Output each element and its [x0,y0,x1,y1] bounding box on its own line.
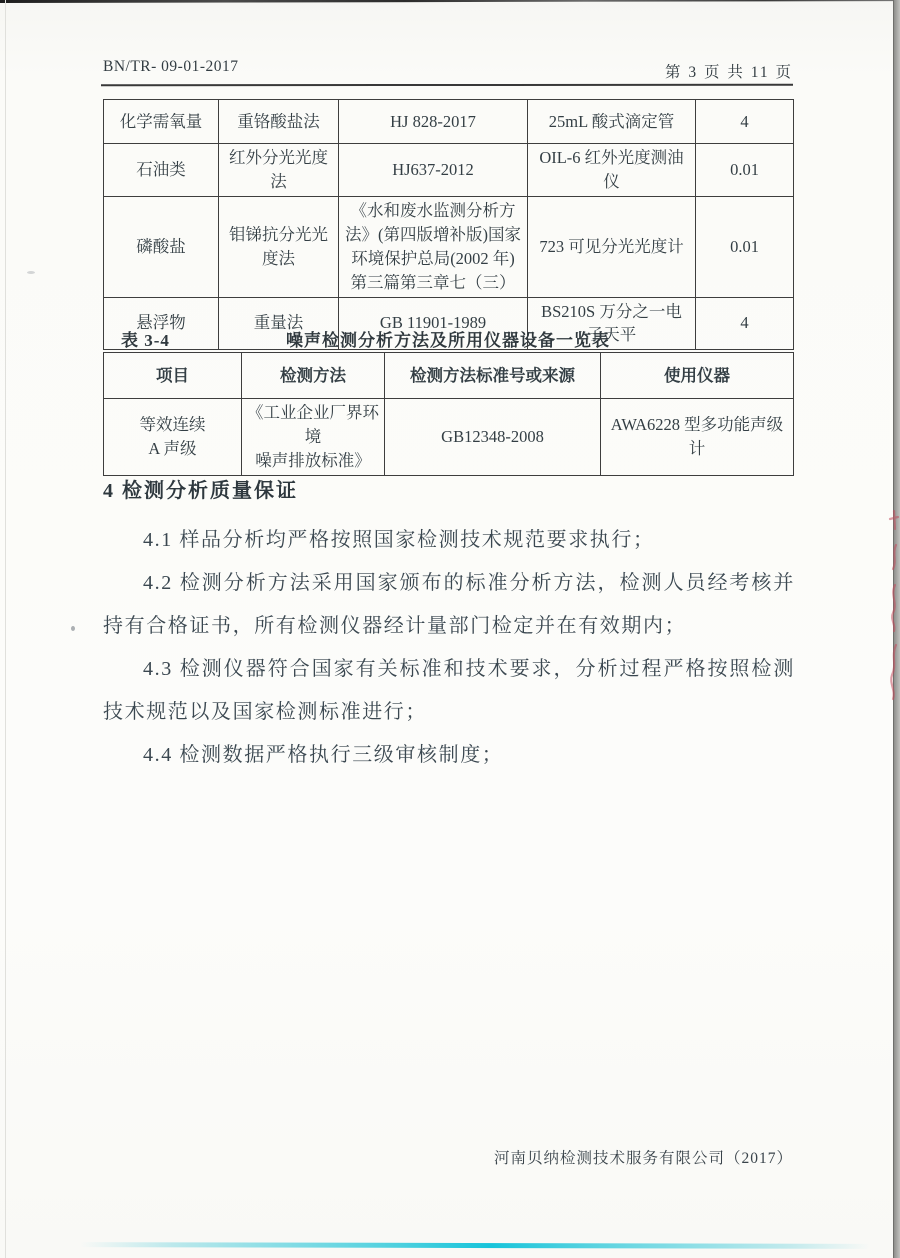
table-cell: AWA6228 型多功能声级计 [601,399,794,476]
scan-speck [27,271,35,274]
table-cell: 25mL 酸式滴定管 [528,100,696,144]
scan-edge-left [5,0,6,1258]
table-cell: HJ 828-2017 [339,100,528,144]
scanned-page: BN/TR- 09-01-2017 第 3 页 共 11 页 化学需氧量 重铬酸… [0,0,900,1258]
table-cell: 4 [696,100,794,144]
page-header: BN/TR- 09-01-2017 第 3 页 共 11 页 [103,58,793,82]
table-row: 磷酸盐 钼锑抗分光光度法 《水和废水监测分析方法》(第四版增补版)国家环境保护总… [104,196,794,297]
red-ink-marks [884,505,900,715]
table-cell: 磷酸盐 [104,196,219,297]
column-header: 使用仪器 [601,353,794,399]
table-cell: 0.01 [696,196,794,297]
table-caption-title: 噪声检测分析方法及所用仪器设备一览表 [103,326,793,351]
column-header: 检测方法 [242,353,385,399]
section-heading: 4 检测分析质量保证 [103,474,795,503]
table-cell: 重铬酸盐法 [219,100,339,144]
water-methods-table: 化学需氧量 重铬酸盐法 HJ 828-2017 25mL 酸式滴定管 4 石油类… [103,99,794,350]
table-cell: 石油类 [104,144,219,197]
header-rule [101,84,793,87]
table-cell: 723 可见分光光度计 [528,196,696,297]
paragraph-4-2: 4.2 检测分析方法采用国家颁布的标准分析方法，检测人员经考核并持有合格证书，所… [103,562,795,648]
table-cell: 《工业企业厂界环境 噪声排放标准》 [242,399,385,476]
paragraph-4-4: 4.4 检测数据严格执行三级审核制度； [103,734,795,777]
paragraph-4-3: 4.3 检测仪器符合国家有关标准和技术要求，分析过程严格按照检测技术规范以及国家… [103,648,795,734]
column-header: 项目 [104,353,242,399]
table-cell: GB12348-2008 [385,399,601,476]
scan-artifact-cyan-line [80,1242,870,1249]
table-row: 等效连续 A 声级 《工业企业厂界环境 噪声排放标准》 GB12348-2008… [104,399,794,476]
paragraph-4-1: 4.1 样品分析均严格按照国家检测技术规范要求执行； [103,519,795,562]
table-header-row: 项目 检测方法 检测方法标准号或来源 使用仪器 [104,353,794,399]
document-number: BN/TR- 09-01-2017 [103,58,239,76]
table-cell: OIL-6 红外光度测油仪 [528,144,696,197]
table-cell: 0.01 [696,144,794,197]
page-number: 第 3 页 共 11 页 [665,60,793,82]
table-cell: HJ637-2012 [339,144,528,197]
column-header: 检测方法标准号或来源 [385,353,601,399]
table-row: 化学需氧量 重铬酸盐法 HJ 828-2017 25mL 酸式滴定管 4 [104,100,794,144]
section-quality-assurance: 4 检测分析质量保证 4.1 样品分析均严格按照国家检测技术规范要求执行； 4.… [103,474,795,777]
table-cell: 钼锑抗分光光度法 [219,196,339,297]
noise-methods-table: 项目 检测方法 检测方法标准号或来源 使用仪器 等效连续 A 声级 《工业企业厂… [103,352,794,476]
table-cell: 《水和废水监测分析方法》(第四版增补版)国家环境保护总局(2002 年)第三篇第… [339,196,528,297]
footer-company: 河南贝纳检测技术服务有限公司（2017） [494,1146,793,1168]
table-row: 石油类 红外分光光度法 HJ637-2012 OIL-6 红外光度测油仪 0.0… [104,144,794,197]
scan-edge-top [0,0,900,3]
table-cell: 化学需氧量 [104,100,219,144]
table-cell: 红外分光光度法 [219,144,339,197]
table-cell: 等效连续 A 声级 [104,399,242,476]
table-caption: 表 3-4 噪声检测分析方法及所用仪器设备一览表 [103,326,793,350]
scan-speck [71,626,75,631]
